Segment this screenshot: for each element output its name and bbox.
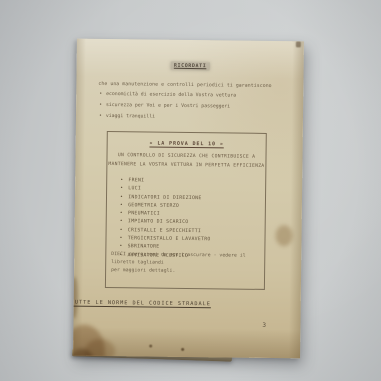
booklet-page: RICORDATI che una manutenzione e control… <box>73 39 304 359</box>
stain <box>149 345 152 348</box>
box-subtitle: UN CONTROLLO DI SICUREZZA CHE CONTRIBUIS… <box>107 151 265 171</box>
checklist: FRENI LUCI INDICATORI DI DIREZIONE GEOME… <box>119 177 265 262</box>
stain <box>73 324 105 358</box>
box-subtitle-line: MANTENERE LA VOSTRA VETTURA IN PERFETTA … <box>107 160 265 171</box>
page-header: RICORDATI <box>77 62 304 71</box>
stain <box>296 41 301 47</box>
box-title: « LA PROVA DEL 10 » <box>108 140 266 148</box>
intro-bullet-list: economicità di esercizio della Vostra ve… <box>99 89 236 124</box>
prova-del-10-box: « LA PROVA DEL 10 » UN CONTROLLO DI SICU… <box>105 131 267 290</box>
box-note-line: per maggiori dettagli. <box>111 267 264 277</box>
footer-slogan: TUTTE LE NORME DEL CODICE STRADALE <box>73 300 211 308</box>
box-note: DIECI operazioni da non trascurare - ved… <box>111 251 264 277</box>
stain <box>85 339 115 359</box>
stain <box>181 348 184 351</box>
page-header-label: RICORDATI <box>171 62 210 70</box>
list-item: viaggi tranquilli <box>99 111 236 124</box>
box-note-line: DIECI operazioni da non trascurare - ved… <box>111 251 264 269</box>
photo-scene: RICORDATI che una manutenzione e control… <box>0 0 381 381</box>
stain <box>275 225 292 246</box>
stain <box>73 277 78 319</box>
intro-text: che una manutenzione e controlli periodi… <box>98 82 271 89</box>
page-number: 3 <box>262 322 266 329</box>
